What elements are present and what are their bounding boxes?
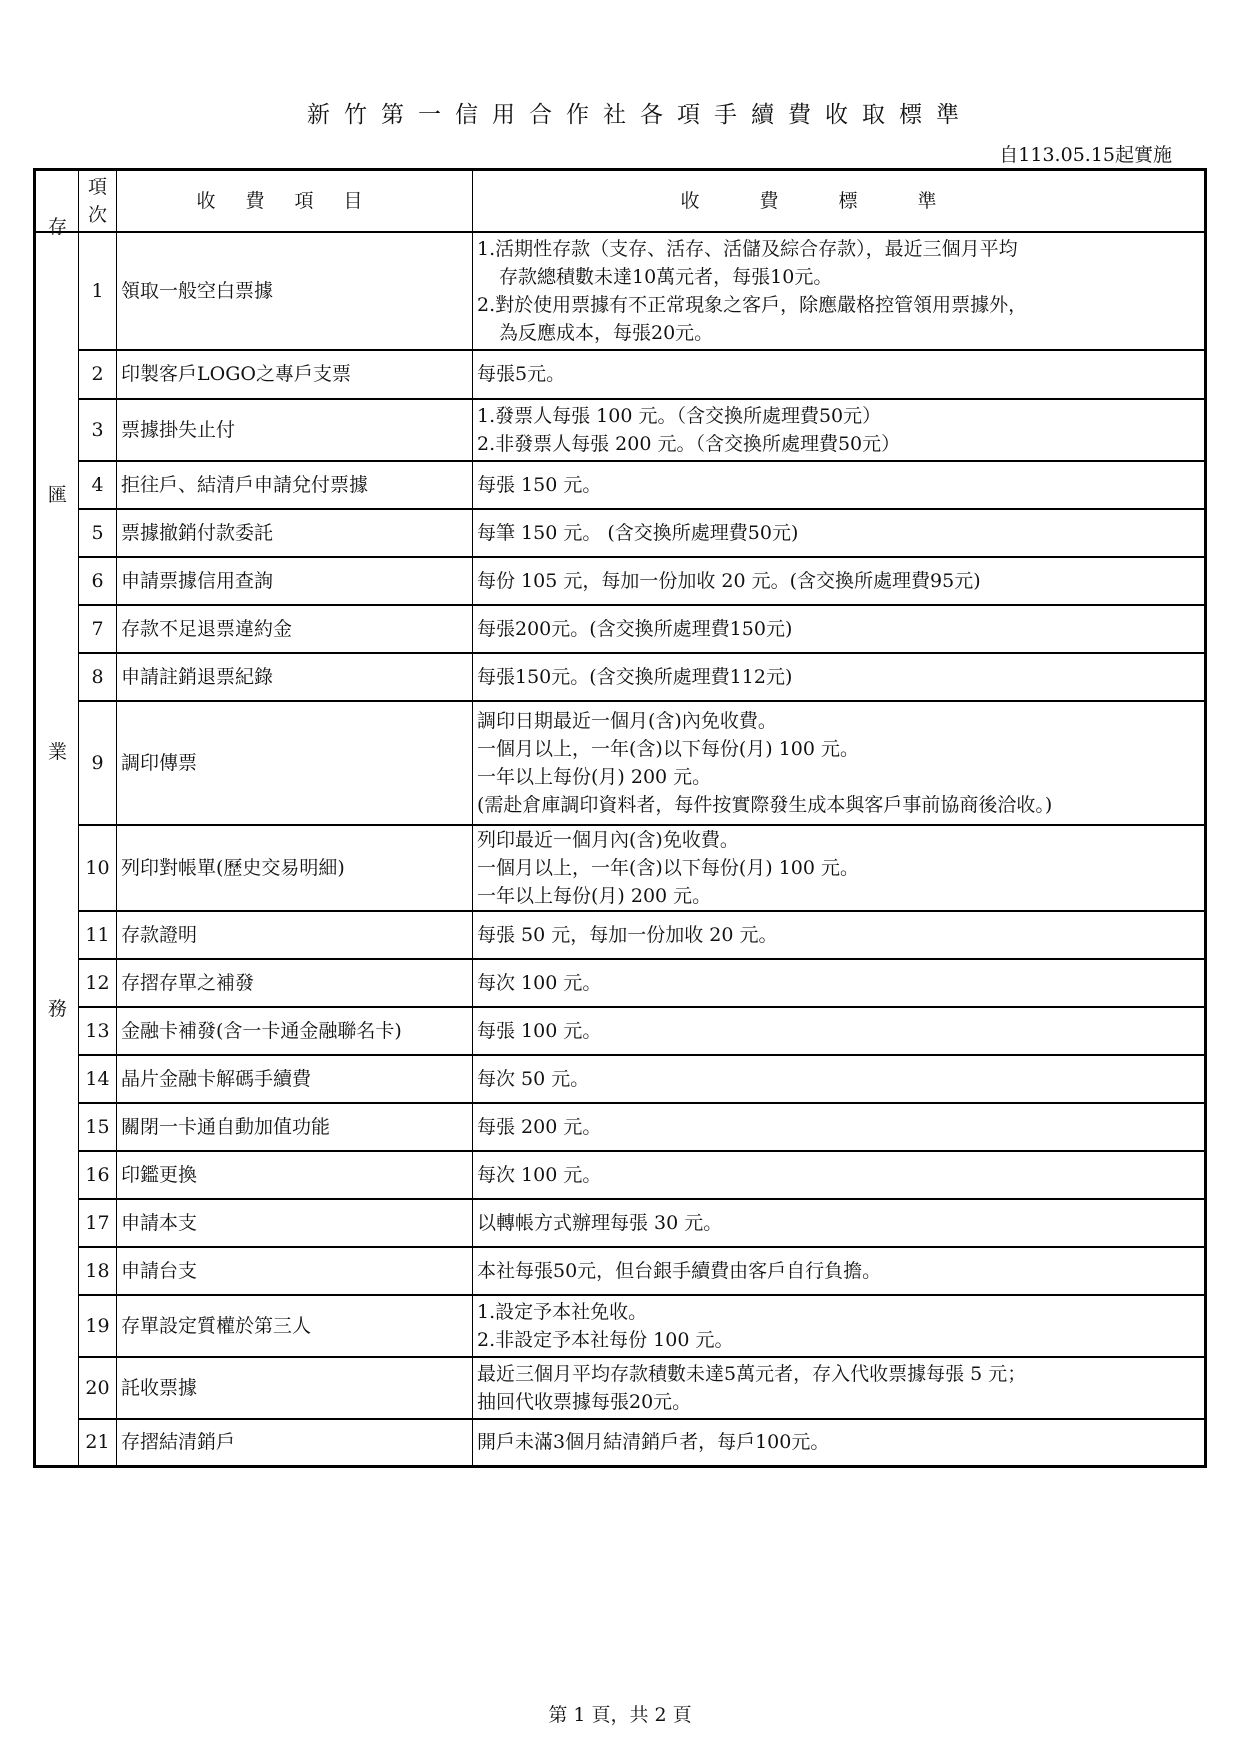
table-row: 6申請票據信用查詢每份 105 元，每加一份加收 20 元。(含交換所處理費95… (35, 557, 1206, 605)
fee-standard-line: 每次 50 元。 (477, 1065, 1200, 1093)
fee-standard-line: 開戶未滿3個月結清銷戶者，每戶100元。 (477, 1428, 1200, 1456)
fee-standard-line: 為反應成本，每張20元。 (477, 319, 1200, 347)
fee-standard-line: 1.設定予本社免收。 (477, 1298, 1200, 1326)
header-fee-item: 收費項目 (117, 170, 473, 232)
fee-item: 印鑑更換 (117, 1151, 473, 1199)
fee-table: 項次 收費項目 收費標準 存匯業務1領取一般空白票據1.活期性存款（支存、活存、… (33, 168, 1207, 1468)
table-row: 7存款不足退票違約金每張200元。(含交換所處理費150元) (35, 605, 1206, 653)
table-row: 16印鑑更換每次 100 元。 (35, 1151, 1206, 1199)
fee-standard-line: 最近三個月平均存款積數未達5萬元者，存入代收票據每張 5 元； (477, 1360, 1200, 1388)
fee-standard: 每張 200 元。 (473, 1103, 1206, 1151)
fee-standard-line: 抽回代收票據每張20元。 (477, 1388, 1200, 1416)
fee-standard: 1.設定予本社免收。2.非設定予本社每份 100 元。 (473, 1295, 1206, 1357)
fee-standard: 每次 50 元。 (473, 1055, 1206, 1103)
fee-standard: 1.活期性存款（支存、活存、活儲及綜合存款），最近三個月平均存款總積數未達10萬… (473, 232, 1206, 350)
fee-standard: 每次 100 元。 (473, 959, 1206, 1007)
table-row: 17申請本支以轉帳方式辦理每張 30 元。 (35, 1199, 1206, 1247)
fee-standard-line: 每張150元。(含交換所處理費112元) (477, 663, 1200, 691)
document-title: 新竹第一信用合作社各項手續費收取標準 (0, 96, 1240, 129)
fee-standard: 最近三個月平均存款積數未達5萬元者，存入代收票據每張 5 元；抽回代收票據每張2… (473, 1357, 1206, 1419)
fee-standard: 列印最近一個月內(含)免收費。一個月以上，一年(含)以下每份(月) 100 元。… (473, 825, 1206, 911)
table-row: 21存摺結清銷戶開戶未滿3個月結清銷戶者，每戶100元。 (35, 1419, 1206, 1467)
fee-item: 拒往戶、結清戶申請兌付票據 (117, 461, 473, 509)
fee-standard-line: 每張200元。(含交換所處理費150元) (477, 615, 1200, 643)
fee-standard-line: 2.對於使用票據有不正常現象之客戶，除應嚴格控管領用票據外， (477, 291, 1200, 319)
fee-standard-line: 每張 100 元。 (477, 1017, 1200, 1045)
table-row: 9調印傳票調印日期最近一個月(含)內免收費。一個月以上，一年(含)以下每份(月)… (35, 701, 1206, 825)
fee-standard-line: 每張 200 元。 (477, 1113, 1200, 1141)
effective-date: 自113.05.15起實施 (999, 140, 1172, 167)
fee-item: 存款證明 (117, 911, 473, 959)
item-number: 16 (79, 1151, 117, 1199)
fee-item: 票據掛失止付 (117, 399, 473, 461)
table-row: 14晶片金融卡解碼手續費每次 50 元。 (35, 1055, 1206, 1103)
fee-item: 申請票據信用查詢 (117, 557, 473, 605)
fee-standard-line: 調印日期最近一個月(含)內免收費。 (477, 707, 1200, 735)
fee-item: 申請台支 (117, 1247, 473, 1295)
fee-standard: 每張 50 元，每加一份加收 20 元。 (473, 911, 1206, 959)
table-row: 11存款證明每張 50 元，每加一份加收 20 元。 (35, 911, 1206, 959)
fee-item: 票據撤銷付款委託 (117, 509, 473, 557)
table-row: 4拒往戶、結清戶申請兌付票據每張 150 元。 (35, 461, 1206, 509)
fee-standard: 以轉帳方式辦理每張 30 元。 (473, 1199, 1206, 1247)
item-number: 18 (79, 1247, 117, 1295)
fee-table-body: 存匯業務1領取一般空白票據1.活期性存款（支存、活存、活儲及綜合存款），最近三個… (35, 232, 1206, 1467)
item-number: 20 (79, 1357, 117, 1419)
item-number: 15 (79, 1103, 117, 1151)
table-row: 19存單設定質權於第三人1.設定予本社免收。2.非設定予本社每份 100 元。 (35, 1295, 1206, 1357)
fee-standard-line: 存款總積數未達10萬元者，每張10元。 (477, 263, 1200, 291)
header-item-number-label: 項次 (88, 176, 107, 226)
table-row: 5票據撤銷付款委託每筆 150 元。 (含交換所處理費50元) (35, 509, 1206, 557)
fee-standard-line: 每張 150 元。 (477, 471, 1200, 499)
item-number: 1 (79, 232, 117, 350)
item-number: 4 (79, 461, 117, 509)
fee-item: 關閉一卡通自動加值功能 (117, 1103, 473, 1151)
item-number: 3 (79, 399, 117, 461)
fee-item: 申請本支 (117, 1199, 473, 1247)
fee-standard: 每筆 150 元。 (含交換所處理費50元) (473, 509, 1206, 557)
fee-item: 存款不足退票違約金 (117, 605, 473, 653)
fee-standard: 每張200元。(含交換所處理費150元) (473, 605, 1206, 653)
fee-standard-line: 一年以上每份(月) 200 元。 (477, 763, 1200, 791)
fee-standard-line: 2.非發票人每張 200 元。（含交換所處理費50元） (477, 430, 1200, 458)
category-char: 業 (48, 738, 67, 766)
header-fee-standard: 收費標準 (473, 170, 1206, 232)
fee-standard-line: 列印最近一個月內(含)免收費。 (477, 826, 1200, 854)
header-item-number: 項次 (79, 170, 117, 232)
fee-standard-line: 一個月以上，一年(含)以下每份(月) 100 元。 (477, 735, 1200, 763)
fee-standard: 每張150元。(含交換所處理費112元) (473, 653, 1206, 701)
fee-standard-line: 1.發票人每張 100 元。（含交換所處理費50元） (477, 402, 1200, 430)
item-number: 17 (79, 1199, 117, 1247)
fee-standard: 調印日期最近一個月(含)內免收費。一個月以上，一年(含)以下每份(月) 100 … (473, 701, 1206, 825)
fee-standard-line: (需赴倉庫調印資料者，每件按實際發生成本與客戶事前協商後洽收。) (477, 791, 1200, 819)
fee-standard-line: 2.非設定予本社每份 100 元。 (477, 1326, 1200, 1354)
item-number: 9 (79, 701, 117, 825)
item-number: 12 (79, 959, 117, 1007)
table-row: 8申請註銷退票紀錄每張150元。(含交換所處理費112元) (35, 653, 1206, 701)
fee-item: 存摺存單之補發 (117, 959, 473, 1007)
fee-standard-line: 每筆 150 元。 (含交換所處理費50元) (477, 519, 1200, 547)
page-number: 第 1 頁，共 2 頁 (0, 1700, 1240, 1727)
fee-standard-line: 以轉帳方式辦理每張 30 元。 (477, 1209, 1200, 1237)
table-row: 3票據掛失止付1.發票人每張 100 元。（含交換所處理費50元）2.非發票人每… (35, 399, 1206, 461)
table-row: 13金融卡補發(含一卡通金融聯名卡)每張 100 元。 (35, 1007, 1206, 1055)
fee-standard-line: 一個月以上，一年(含)以下每份(月) 100 元。 (477, 854, 1200, 882)
item-number: 11 (79, 911, 117, 959)
fee-standard-line: 每次 100 元。 (477, 1161, 1200, 1189)
fee-item: 領取一般空白票據 (117, 232, 473, 350)
fee-standard: 每張 100 元。 (473, 1007, 1206, 1055)
item-number: 13 (79, 1007, 117, 1055)
fee-standard-line: 每張5元。 (477, 360, 1200, 388)
item-number: 8 (79, 653, 117, 701)
fee-standard: 每張5元。 (473, 350, 1206, 399)
table-header-row: 項次 收費項目 收費標準 (35, 170, 1206, 232)
table-row: 15關閉一卡通自動加值功能每張 200 元。 (35, 1103, 1206, 1151)
category-char: 匯 (48, 481, 67, 509)
item-number: 5 (79, 509, 117, 557)
fee-item: 申請註銷退票紀錄 (117, 653, 473, 701)
fee-item: 託收票據 (117, 1357, 473, 1419)
fee-standard-line: 每次 100 元。 (477, 969, 1200, 997)
fee-standard: 本社每張50元，但台銀手續費由客戶自行負擔。 (473, 1247, 1206, 1295)
category-cell: 存匯業務 (35, 232, 79, 1467)
item-number: 2 (79, 350, 117, 399)
fee-item: 存單設定質權於第三人 (117, 1295, 473, 1357)
fee-item: 存摺結清銷戶 (117, 1419, 473, 1467)
item-number: 6 (79, 557, 117, 605)
fee-standard: 每次 100 元。 (473, 1151, 1206, 1199)
item-number: 10 (79, 825, 117, 911)
fee-standard: 每份 105 元，每加一份加收 20 元。(含交換所處理費95元) (473, 557, 1206, 605)
fee-standard: 1.發票人每張 100 元。（含交換所處理費50元）2.非發票人每張 200 元… (473, 399, 1206, 461)
fee-standard: 每張 150 元。 (473, 461, 1206, 509)
category-char: 存 (48, 213, 67, 241)
table-row: 2印製客戶LOGO之專戶支票每張5元。 (35, 350, 1206, 399)
item-number: 19 (79, 1295, 117, 1357)
table-row: 20託收票據最近三個月平均存款積數未達5萬元者，存入代收票據每張 5 元；抽回代… (35, 1357, 1206, 1419)
fee-standard: 開戶未滿3個月結清銷戶者，每戶100元。 (473, 1419, 1206, 1467)
fee-standard-line: 1.活期性存款（支存、活存、活儲及綜合存款），最近三個月平均 (477, 235, 1200, 263)
table-row: 12存摺存單之補發每次 100 元。 (35, 959, 1206, 1007)
table-row: 存匯業務1領取一般空白票據1.活期性存款（支存、活存、活儲及綜合存款），最近三個… (35, 232, 1206, 350)
item-number: 7 (79, 605, 117, 653)
table-row: 18申請台支本社每張50元，但台銀手續費由客戶自行負擔。 (35, 1247, 1206, 1295)
fee-standard-line: 一年以上每份(月) 200 元。 (477, 882, 1200, 910)
table-row: 10列印對帳單(歷史交易明細)列印最近一個月內(含)免收費。一個月以上，一年(含… (35, 825, 1206, 911)
fee-standard-line: 本社每張50元，但台銀手續費由客戶自行負擔。 (477, 1257, 1200, 1285)
fee-standard-line: 每份 105 元，每加一份加收 20 元。(含交換所處理費95元) (477, 567, 1200, 595)
fee-item: 列印對帳單(歷史交易明細) (117, 825, 473, 911)
fee-item: 金融卡補發(含一卡通金融聯名卡) (117, 1007, 473, 1055)
fee-item: 印製客戶LOGO之專戶支票 (117, 350, 473, 399)
fee-item: 調印傳票 (117, 701, 473, 825)
category-char: 務 (48, 995, 67, 1023)
fee-item: 晶片金融卡解碼手續費 (117, 1055, 473, 1103)
item-number: 14 (79, 1055, 117, 1103)
item-number: 21 (79, 1419, 117, 1467)
fee-standard-line: 每張 50 元，每加一份加收 20 元。 (477, 921, 1200, 949)
